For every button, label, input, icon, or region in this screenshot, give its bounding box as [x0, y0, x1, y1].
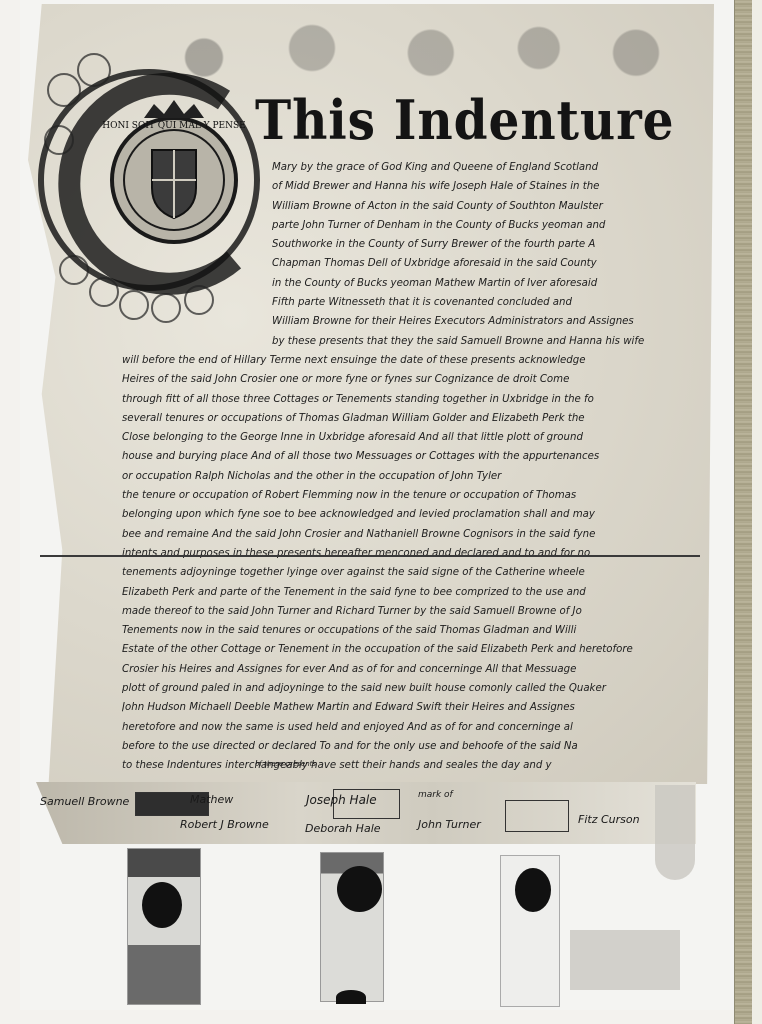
signature-mathew: Mathew — [190, 793, 233, 806]
body-line: William Browne for their Heires Executor… — [122, 312, 722, 331]
body-line: will before the end of Hillary Terme nex… — [122, 351, 722, 370]
body-line: Estate of the other Cottage or Tenement … — [122, 640, 722, 659]
body-line: intents and purposes in these presents h… — [122, 544, 722, 563]
body-line: Southworke in the County of Surry Brewer… — [122, 235, 722, 254]
body-line: made thereof to the said John Turner and… — [122, 602, 722, 621]
body-line: bee and remaine And the said John Crosie… — [122, 525, 722, 544]
signature-samuell-browne: Samuell Browne — [40, 795, 129, 808]
signature-fitz-curson: Fitz Curson — [578, 813, 640, 826]
body-line: of Midd Brewer and Hanna his wife Joseph… — [122, 177, 722, 196]
body-line: severall tenures or occupations of Thoma… — [122, 409, 722, 428]
body-line: Chapman Thomas Dell of Uxbridge aforesai… — [122, 254, 722, 273]
body-line: Tenements now in the said tenures or occ… — [122, 621, 722, 640]
body-line: belonging upon which fyne soe to bee ack… — [122, 505, 722, 524]
body-line: William Browne of Acton in the said Coun… — [122, 197, 722, 216]
body-line: Heires of the said John Crosier one or m… — [122, 370, 722, 389]
body-line: Fifth parte Witnesseth that it is covena… — [122, 293, 722, 312]
body-line: through fitt of all those three Cottages… — [122, 390, 722, 409]
body-line: Close belonging to the George Inne in Ux… — [122, 428, 722, 447]
wax-seal — [515, 868, 551, 912]
signature-joseph-hale: Joseph Hale — [306, 793, 377, 807]
wax-seal — [337, 866, 382, 912]
body-line: to these Indentures interchangeably have… — [122, 756, 722, 775]
body-line: the tenure or occupation of Robert Flemm… — [122, 486, 722, 505]
body-line: Elizabeth Perk and parte of the Tenement… — [122, 583, 722, 602]
document-heading: This Indenture — [255, 88, 674, 152]
signature-box — [505, 800, 569, 832]
body-line: or occupation Ralph Nicholas and the oth… — [122, 467, 722, 486]
body-line: in the County of Bucks yeoman Mathew Mar… — [122, 274, 722, 293]
body-line: by these presents that they the said Sam… — [122, 332, 722, 351]
interlinear-note: of these presents — [255, 760, 316, 768]
body-line: tenements adjoyninge together lyinge ove… — [122, 563, 722, 582]
fold-crease — [40, 555, 700, 557]
body-line: plott of ground paled in and adjoyninge … — [122, 679, 722, 698]
signature-deborah-hale: Deborah Hale — [305, 822, 381, 835]
body-line: heretofore and now the same is used held… — [122, 718, 722, 737]
body-line: parte John Turner of Denham in the Count… — [122, 216, 722, 235]
seal-legend: HONI SOIT QUI MAL Y PENSE — [102, 121, 245, 131]
indenture-body: Mary by the grace of God King and Queene… — [122, 158, 722, 776]
body-line: Crosier his Heires and Assignes for ever… — [122, 660, 722, 679]
signature-robert-browne: Robert J Browne — [180, 818, 269, 831]
signature-john-turner: John Turner — [418, 818, 481, 831]
photo-mount-strip — [734, 0, 753, 1024]
wax-seal — [336, 990, 366, 1004]
body-line: Mary by the grace of God King and Queene… — [122, 158, 722, 177]
photo-mount-edge — [752, 0, 762, 1024]
body-line: John Hudson Michaell Deeble Mathew Marti… — [122, 698, 722, 717]
wax-seal — [142, 882, 182, 928]
body-line: house and burying place And of all those… — [122, 447, 722, 466]
mark-note: mark of — [418, 790, 453, 800]
parchment-fragment — [655, 785, 695, 880]
parchment-fragment — [570, 930, 680, 990]
body-line: before to the use directed or declared T… — [122, 737, 722, 756]
